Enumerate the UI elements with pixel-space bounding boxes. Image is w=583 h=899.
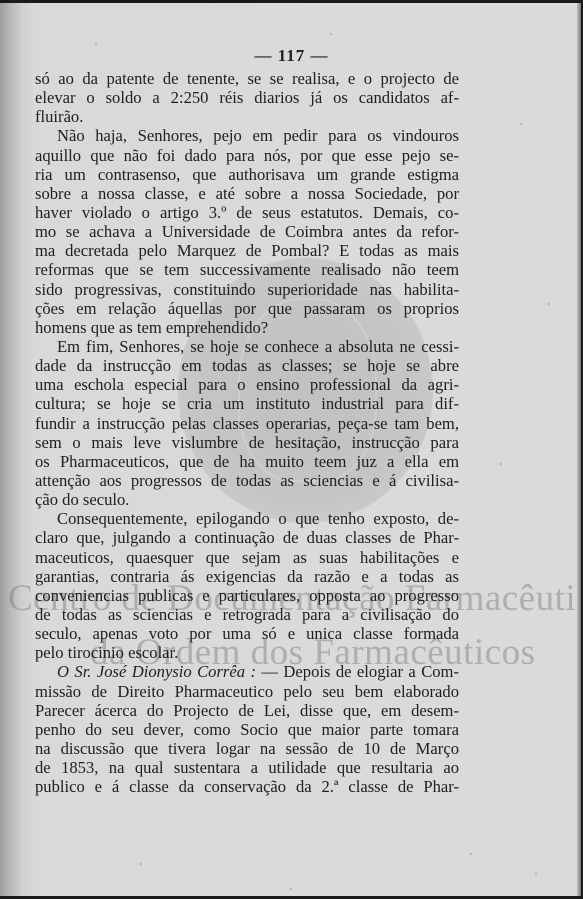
text-line: uma eschola especial para o ensino profe… xyxy=(35,375,459,394)
text-line: ria um contrasenso, que authorisava um g… xyxy=(35,165,459,184)
text-line: cultura; se hoje se cria um instituto in… xyxy=(35,394,459,413)
text-line: reformas que se tem successivamente real… xyxy=(35,260,459,279)
text-line: fluirão. xyxy=(35,107,459,126)
paper-speck xyxy=(95,43,97,45)
text-line: sem o mais leve vislumbre de hesitação, … xyxy=(35,433,459,452)
scanned-page: Centro de Documentação Farmacêutica da O… xyxy=(0,3,581,896)
text-line: claro que, julgando a continuação de dua… xyxy=(35,528,459,547)
text-line: ções em relação áquellas por que passara… xyxy=(35,299,459,318)
text-line: só ao da patente de tenente, se se reali… xyxy=(35,69,459,88)
text-line: maceuticos, quaesquer que sejam as suas … xyxy=(35,548,459,567)
text-line: fundir a instrucção pelas classes operar… xyxy=(35,414,459,433)
text-line: Parecer ácerca do Projecto de Lei, disse… xyxy=(35,701,459,720)
paper-speck xyxy=(470,853,472,855)
text-line: mo se achava a Universidade de Coimbra a… xyxy=(35,222,459,241)
paper-speck xyxy=(500,463,502,465)
text-line: na discussão que tivera logar na sessão … xyxy=(35,739,459,758)
text-line: pelo tirocinio escolar. xyxy=(35,643,459,662)
text-line: missão de Direito Pharmaceutico pelo seu… xyxy=(35,682,459,701)
text-line: sido progressivas, constituindo superior… xyxy=(35,280,459,299)
body-text: só ao da patente de tenente, se se reali… xyxy=(35,69,459,796)
text-line: garantias, contraria ás exigencias da ra… xyxy=(35,567,459,586)
text-line: os Pharmaceuticos, que de ha muito teem … xyxy=(35,452,459,471)
text-line: haver violado o artigo 3.º de seus estat… xyxy=(35,203,459,222)
paragraph-start-line: Em fim, Senhores, se hoje se conhece a a… xyxy=(35,337,459,356)
speaker-name: O Sr. José Dionysio Corrêa : xyxy=(57,662,256,681)
text-line: seculo, apenas voto por uma só e unica c… xyxy=(35,624,459,643)
paper-speck xyxy=(140,863,142,865)
text-line: ma decretada pelo Marquez de Pombal? E t… xyxy=(35,241,459,260)
text-line: publico e á classe da conservação da 2.ª… xyxy=(35,777,459,796)
text-line: penho do seu dever, como Socio que maior… xyxy=(35,720,459,739)
paper-speck xyxy=(520,123,522,125)
paragraph-start-line: Não haja, Senhores, pejo em pedir para o… xyxy=(35,126,459,145)
text-line: de 1853, na qual sustentara a utilidade … xyxy=(35,758,459,777)
text-line: de todas as sciencias e retrograda para … xyxy=(35,605,459,624)
paper-speck xyxy=(330,33,332,35)
paragraph-start-line: Consequentemente, epilogando o que tenho… xyxy=(35,509,459,528)
text-line: elevar o soldo a 2:250 réis diarios já o… xyxy=(35,88,459,107)
paper-speck xyxy=(548,303,550,305)
text-line: homens que as tem emprehendido? xyxy=(35,318,459,337)
speaker-line: O Sr. José Dionysio Corrêa : — Depois de… xyxy=(35,662,459,681)
text-line: conveniencias publicas e particulares, o… xyxy=(35,586,459,605)
text-line: aquillo que não foi dado para nós, por q… xyxy=(35,146,459,165)
paper-speck xyxy=(535,873,537,875)
paper-speck xyxy=(290,888,292,890)
text-line: ção do seculo. xyxy=(35,490,459,509)
page-number: — 117 — xyxy=(0,46,581,66)
text-line: sobre a nossa classe, e até sobre a noss… xyxy=(35,184,459,203)
speaker-text: — Depois de elogiar a Com- xyxy=(261,662,459,681)
text-line: attenção aos progressos de todas as scie… xyxy=(35,471,459,490)
text-line: dade da instrucção em todas as classes; … xyxy=(35,356,459,375)
